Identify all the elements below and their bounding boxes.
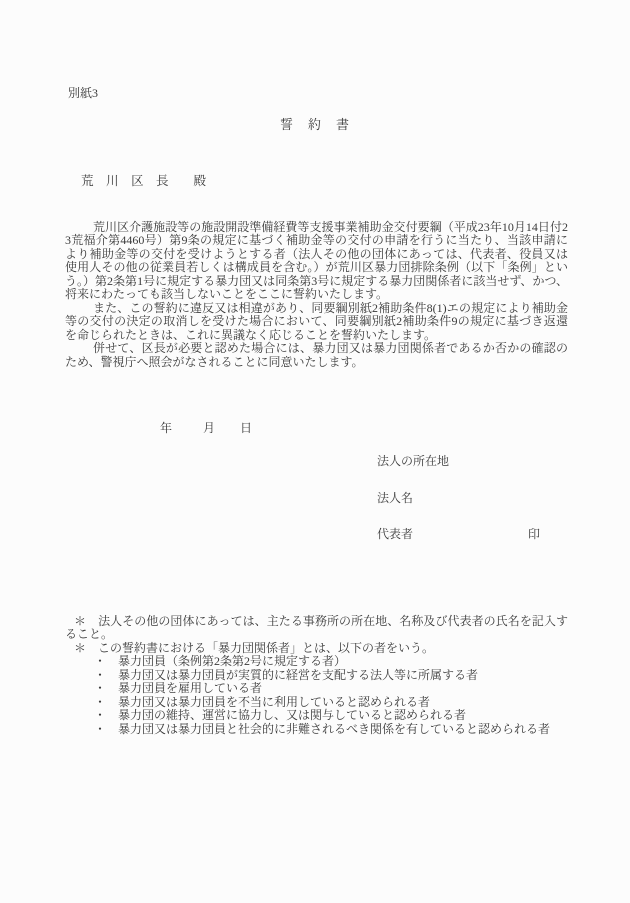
gang-affiliate-definition-list: ・ 暴力団員（条例第2条第2号に規定する者） ・ 暴力団又は暴力団員が実質的に経… — [65, 655, 568, 736]
pledge-document-page: 別紙3 誓 約 書 荒 川 区 長 殿 荒川区介護施設等の施設開設準備経費等支援… — [0, 0, 630, 903]
definition-item: ・ 暴力団の維持、運営に協力し、又は関与していると認められる者 — [94, 709, 568, 722]
pledge-body: 荒川区介護施設等の施設開設準備経費等支援事業補助金交付要綱（平成23年10月14… — [65, 221, 568, 369]
date-day-label: 日 — [240, 419, 252, 436]
corporate-name-label: 法人名 — [377, 489, 413, 506]
body-paragraph-refund-pledge: また、この誓約に違反又は相違があり、同要綱別紙2補助条件8(1)エの規定により補… — [65, 302, 568, 342]
attachment-number-label: 別紙3 — [68, 84, 98, 101]
footnotes-section: ＊ 法人その他の団体にあっては、主たる事務所の所在地、名称及び代表者の氏名を記入… — [65, 615, 568, 736]
date-month-label: 月 — [203, 419, 215, 436]
body-paragraph-grant-pledge: 荒川区介護施設等の施設開設準備経費等支援事業補助金交付要綱（平成23年10月14… — [65, 221, 568, 302]
date-year-label: 年 — [160, 419, 172, 436]
seal-mark-label: 印 — [528, 525, 540, 542]
definition-item: ・ 暴力団員（条例第2条第2号に規定する者） — [94, 655, 568, 668]
note-fill-instruction: ＊ 法人その他の団体にあっては、主たる事務所の所在地、名称及び代表者の氏名を記入… — [65, 615, 568, 642]
definition-item: ・ 暴力団又は暴力団員と社会的に非難されるべき関係を有していると認められる者 — [94, 723, 568, 736]
addressee-line: 荒 川 区 長 殿 — [81, 171, 206, 189]
definition-item: ・ 暴力団員を雇用している者 — [94, 682, 568, 695]
body-paragraph-police-consent: 併せて、区長が必要と認めた場合には、暴力団又は暴力団関係者であるか否かの確認のた… — [65, 342, 568, 369]
corporate-address-label: 法人の所在地 — [377, 452, 449, 469]
representative-label: 代表者 — [377, 525, 413, 542]
document-title: 誓 約 書 — [0, 114, 630, 133]
